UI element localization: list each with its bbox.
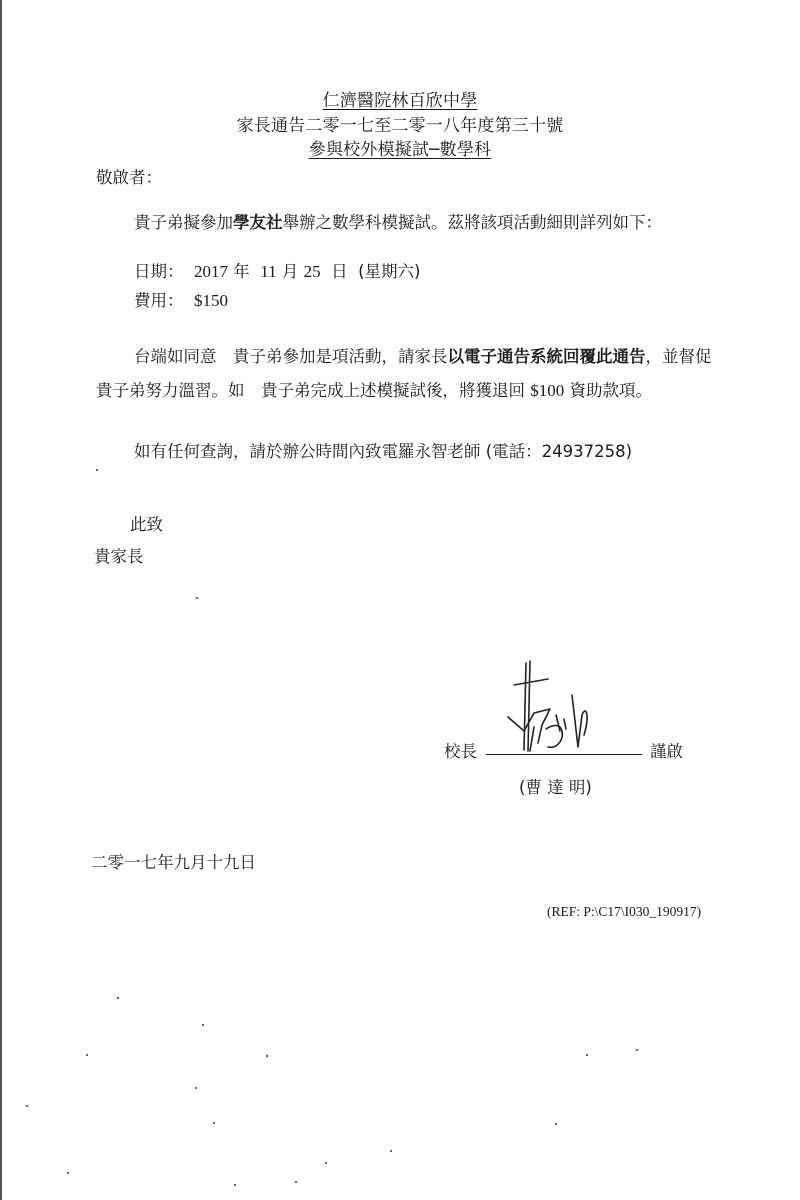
fee-label: 費用： bbox=[134, 291, 184, 310]
weekday: (星期六) bbox=[358, 262, 420, 281]
consent-line-2: 貴子弟努力溫習。如 貴子弟完成上述模擬試後，將獲退回 $100 資助款項。 bbox=[96, 377, 652, 401]
scan-speck bbox=[636, 1049, 638, 1051]
organizer-name: 學友社 bbox=[233, 213, 283, 232]
scan-speck bbox=[86, 1054, 88, 1056]
scan-speck bbox=[67, 1172, 69, 1174]
closing-word: 謹啟 bbox=[650, 738, 683, 762]
scan-speck bbox=[325, 1162, 327, 1164]
reply-instruction: 以電子通告系統回覆此通告 bbox=[448, 347, 646, 366]
date-issued: 二零一七年九月十九日 bbox=[91, 849, 256, 873]
refund-amount: $100 bbox=[530, 381, 564, 400]
event-fee: 費用： $150 bbox=[134, 287, 228, 311]
notice-subject: 參與校外模擬試─數學科 bbox=[0, 135, 800, 160]
reference-code: (REF: P:\C17\I030_190917) bbox=[547, 904, 701, 920]
fee-value: $150 bbox=[194, 291, 228, 310]
consent-line-1: 台端如同意 貴子弟參加是項活動，請家長以電子通告系統回覆此通告，並督促 bbox=[134, 343, 712, 367]
enquiry-line: 如有任何查詢，請於辦公時間內致電羅永智老師 (電話：24937258) bbox=[134, 438, 632, 462]
scan-speck bbox=[26, 1105, 28, 1107]
scan-speck bbox=[202, 1024, 204, 1026]
principal-name: (曹 達 明) bbox=[519, 774, 592, 798]
closing-line-1: 此致 bbox=[130, 511, 163, 535]
notice-number: 家長通告二零一七至二零一八年度第三十號 bbox=[0, 111, 800, 136]
scan-speck bbox=[390, 1150, 392, 1152]
scan-speck bbox=[96, 469, 98, 471]
signature-icon bbox=[490, 655, 640, 765]
scan-speck bbox=[117, 997, 119, 999]
scan-speck bbox=[195, 1087, 197, 1089]
notice-document: 仁濟醫院林百欣中學 家長通告二零一七至二零一八年度第三十號 參與校外模擬試─數學… bbox=[0, 0, 800, 1200]
event-date: 日期： 2017 年 11 月 25 日 (星期六) bbox=[134, 258, 421, 282]
principal-title: 校長 bbox=[444, 738, 477, 762]
date-label: 日期： bbox=[134, 262, 184, 281]
scan-speck bbox=[295, 1181, 297, 1183]
scan-speck bbox=[196, 597, 198, 599]
school-name: 仁濟醫院林百欣中學 bbox=[0, 86, 800, 111]
scan-speck bbox=[555, 1123, 557, 1125]
scan-speck bbox=[234, 1184, 236, 1186]
scan-speck bbox=[586, 1054, 588, 1056]
salutation: 敬啟者： bbox=[96, 164, 162, 188]
phone-number: 24937258 bbox=[542, 442, 626, 461]
intro-paragraph: 貴子弟擬參加學友社舉辦之數學科模擬試。茲將該項活動細則詳列如下： bbox=[134, 209, 662, 233]
scan-speck bbox=[213, 1122, 215, 1124]
closing-line-2: 貴家長 bbox=[94, 543, 144, 567]
scan-speck bbox=[266, 1055, 268, 1057]
